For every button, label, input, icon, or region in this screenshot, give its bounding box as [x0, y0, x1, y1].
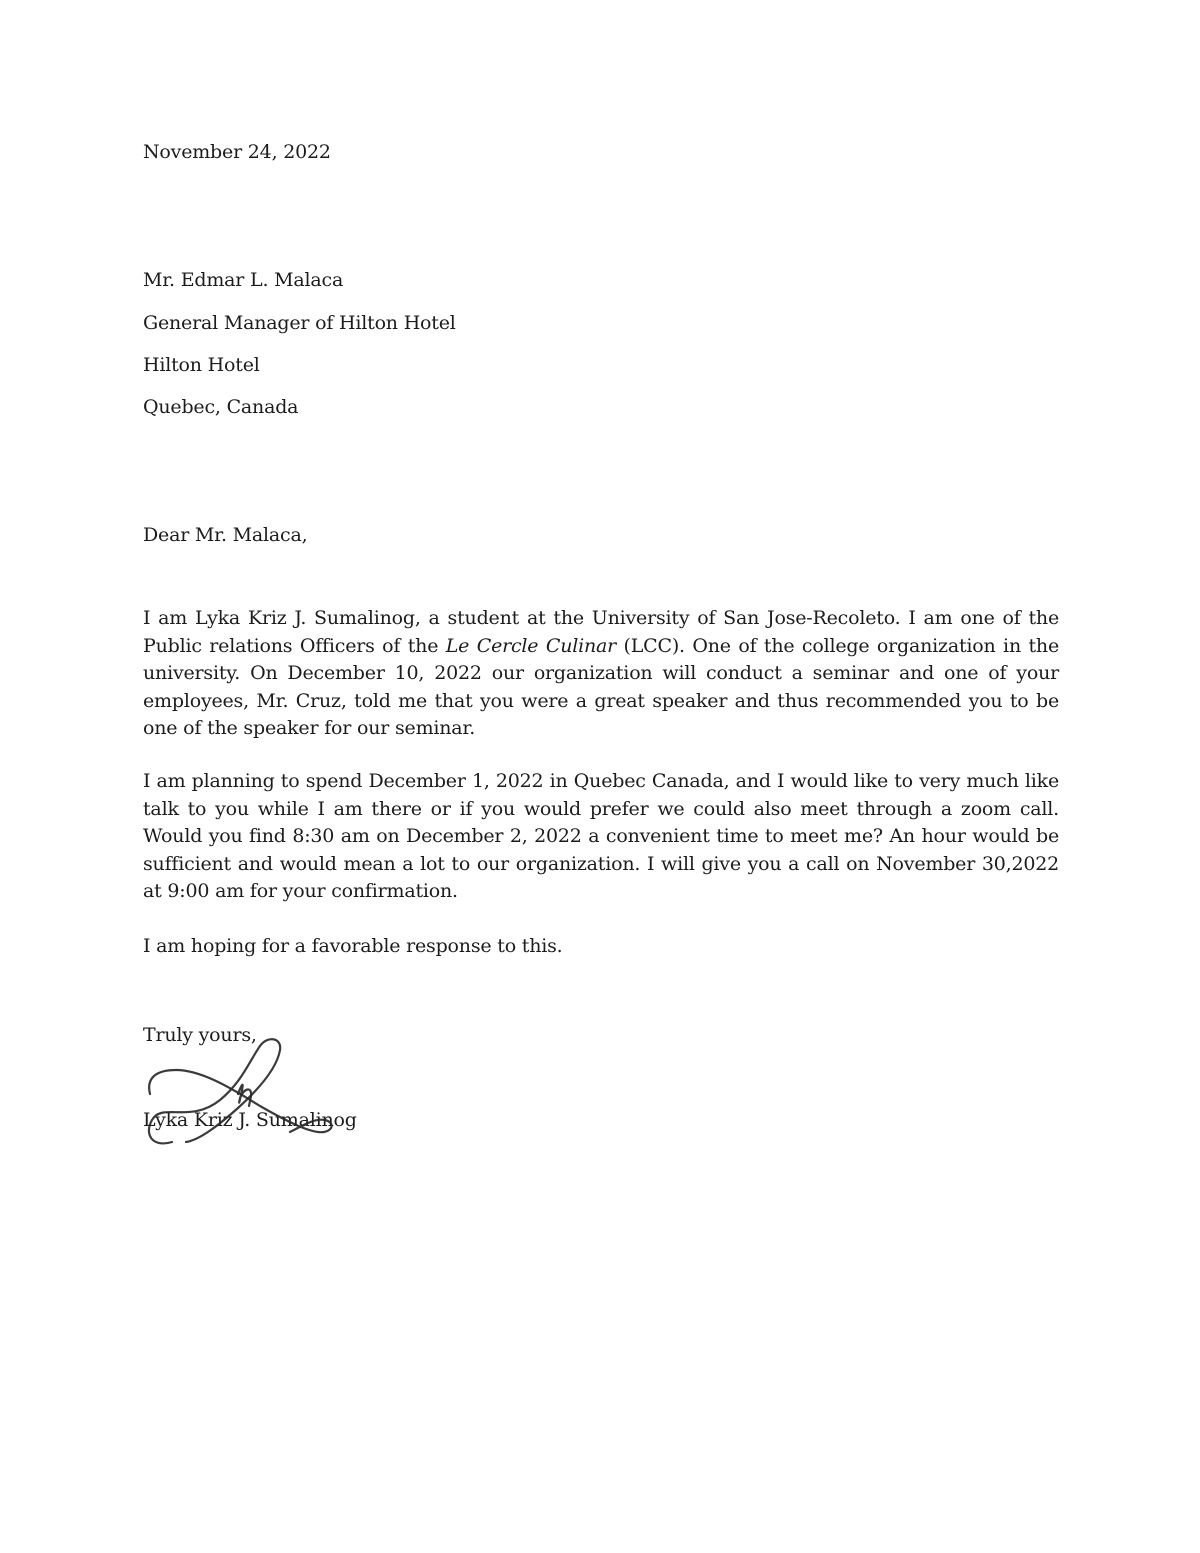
signature-scribble: [142, 1036, 347, 1150]
recipient-title: General Manager of Hilton Hotel: [143, 309, 456, 337]
letter-page: November 24, 2022 Mr. Edmar L. Malaca Ge…: [0, 0, 1200, 1553]
letter-date: November 24, 2022: [143, 138, 331, 166]
salutation: Dear Mr. Malaca,: [143, 521, 307, 549]
recipient-company: Hilton Hotel: [143, 351, 260, 379]
organization-name-italic: Le Cercle Culinar: [446, 635, 616, 657]
recipient-location: Quebec, Canada: [143, 393, 298, 421]
body-paragraph-3: I am hoping for a favorable response to …: [143, 933, 1059, 961]
recipient-name: Mr. Edmar L. Malaca: [143, 266, 343, 294]
body-paragraph-1: I am Lyka Kriz J. Sumalinog, a student a…: [143, 605, 1059, 743]
body-paragraph-2: I am planning to spend December 1, 2022 …: [143, 768, 1059, 906]
